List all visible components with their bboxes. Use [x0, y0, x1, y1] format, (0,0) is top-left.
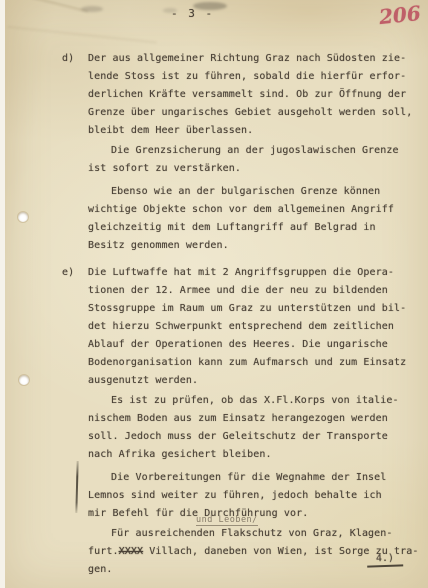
text-line: ist sofort zu verstärken. [88, 160, 417, 178]
text-line: tionen der 12. Armee und die der neu zu … [88, 282, 417, 300]
punch-hole [18, 212, 28, 222]
paper-crease [7, 26, 156, 44]
text-line: soll. Jedoch muss der Geleitschutz der T… [88, 428, 417, 446]
document-body: d) Der aus allgemeiner Richtung Graz nac… [62, 50, 417, 579]
paragraph-e: e) Die Luftwaffe hat mit 2 Angriffsgrupp… [62, 264, 417, 579]
sub-paragraph: und Leoben/ Für ausreichenden Flakschutz… [88, 525, 417, 579]
text-line: Grenze über ungarisches Gebiet ausgeholt… [88, 104, 417, 122]
text-line: nach Afrika gesichert bleiben. [88, 446, 417, 464]
document-page: - 3 - 206 d) Der aus allgemeiner Richtun… [5, 0, 428, 588]
text-line: Die Vorbereitungen für die Wegnahme der … [88, 469, 417, 487]
text-line: Ebenso wie an der bulgarischen Grenze kö… [88, 183, 417, 201]
text-line: Ablauf der Operationen des Heeres. Die u… [88, 336, 417, 354]
text-line: nischem Boden aus zum Einsatz herangezog… [88, 410, 417, 428]
page-number: - 3 - [171, 7, 214, 20]
text-line: Für ausreichenden Flakschutz von Graz, K… [88, 525, 417, 543]
text-segment: furt. [88, 546, 119, 557]
text-line: bleibt dem Heer überlassen. [88, 122, 417, 140]
sub-paragraph: Es ist zu prüfen, ob das X.Fl.Korps von … [88, 392, 417, 464]
text-line: gleichzeitig mit dem Luftangriff auf Bel… [88, 219, 417, 237]
text-line: Die Luftwaffe hat mit 2 Angriffsgruppen … [88, 264, 417, 282]
text-line: wichtige Objekte schon vor dem allgemein… [88, 201, 417, 219]
text-line: Es ist zu prüfen, ob das X.Fl.Korps von … [88, 392, 417, 410]
sub-paragraph: Die Grenzsicherung an der jugoslawischen… [88, 142, 417, 178]
text-line: Stossgruppe im Raum um Graz zu unterstüt… [88, 300, 417, 318]
sub-paragraph: Ebenso wie an der bulgarischen Grenze kö… [88, 183, 417, 255]
paragraph-d: d) Der aus allgemeiner Richtung Graz nac… [62, 50, 417, 255]
paragraph-label: e) [62, 264, 74, 282]
ink-smudge [81, 6, 103, 12]
text-line: Bodenorganisation kann zum Aufmarsch und… [88, 354, 417, 372]
punch-hole [19, 375, 29, 385]
paper-crease [20, 0, 89, 13]
paragraph-label: d) [62, 50, 74, 68]
text-line: Die Grenzsicherung an der jugoslawischen… [88, 142, 417, 160]
text-line: Besitz genommen werden. [88, 237, 417, 255]
text-line: lende Stoss ist zu führen, sobald die hi… [88, 68, 417, 86]
text-line: Der aus allgemeiner Richtung Graz nach S… [88, 50, 417, 68]
folio-number-handwritten: 206 [378, 1, 422, 29]
text-line: Lemnos sind weiter zu führen, jedoch beh… [88, 487, 417, 505]
text-line: det hierzu Schwerpunkt entsprechend dem … [88, 318, 417, 336]
text-line: derlichen Kräfte versammelt sind. Ob zur… [88, 86, 417, 104]
catchword-next-section: 4.) [367, 552, 404, 567]
pencil-insertion-note: und Leoben/ [196, 516, 258, 526]
text-line: ausgenutzt werden. [88, 372, 417, 390]
struck-out-text: XXXX [119, 546, 143, 557]
